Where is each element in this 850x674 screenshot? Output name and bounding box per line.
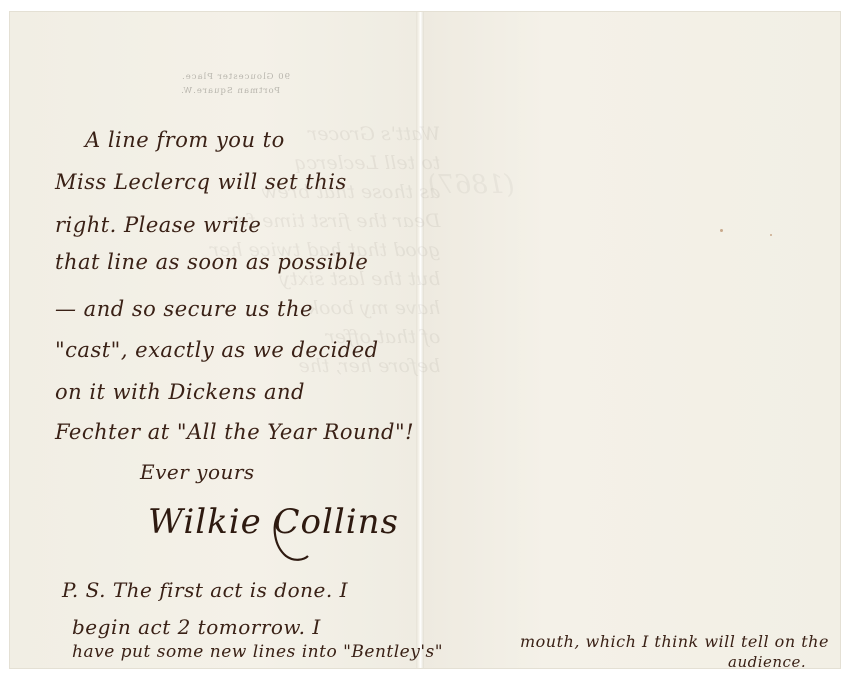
letter-body-line: on it with Dickens and (55, 380, 305, 404)
letter-closing: Ever yours (140, 460, 255, 484)
letter-body-line: that line as soon as possible (55, 250, 368, 274)
right-page (422, 12, 840, 668)
postscript-line: begin act 2 tomorrow. I (72, 615, 321, 639)
letter-body-line: Fechter at "All the Year Round"! (55, 420, 414, 444)
letter-body-line: A line from you to (85, 128, 285, 152)
letter-body-line: right. Please write (55, 213, 261, 237)
letter-body-line: — and so secure us the (55, 297, 313, 321)
center-fold (416, 12, 424, 668)
postscript-line: mouth, which I think will tell on the (520, 632, 829, 651)
postscript-line: have put some new lines into "Bentley's" (72, 642, 443, 662)
letterhead-line-2: Portman Square.W. (140, 84, 290, 98)
paper-foxing-spot (720, 229, 723, 232)
letter-body-line: Miss Leclercq will set this (55, 170, 347, 194)
letterhead-mirrored: 90 Gloucester Place. Portman Square.W. (140, 70, 290, 98)
postscript-line: P. S. The first act is done. I (62, 578, 348, 602)
postscript-line: audience. (728, 653, 806, 671)
paper-foxing-spot (770, 234, 772, 236)
letterhead-line-1: 90 Gloucester Place. (140, 70, 290, 84)
reverse-side-date-mark: (1867) (428, 170, 514, 200)
letter-body-line: "cast", exactly as we decided (55, 338, 379, 362)
signature-flourish-icon (270, 506, 310, 566)
